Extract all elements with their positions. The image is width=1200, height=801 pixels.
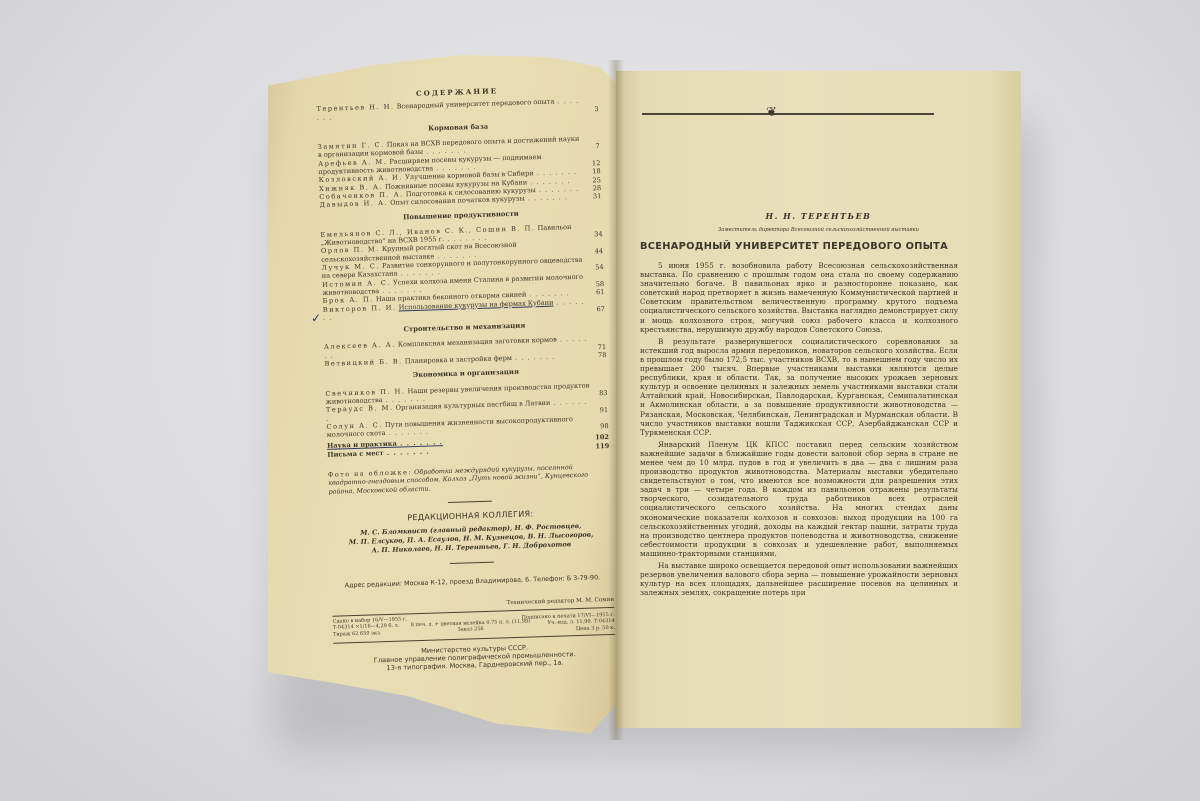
divider — [450, 562, 494, 564]
book-spine — [608, 60, 624, 740]
section-heading: Экономика и организация — [325, 365, 607, 382]
editorial-board-list: М. С. Бломквист (главный редактор), Н. Ф… — [330, 521, 613, 557]
right-page: ❦ Н. Н. ТЕРЕНТЬЕВ Заместитель директора … — [616, 71, 1021, 728]
divider — [448, 501, 492, 503]
header-ornament: ❦ — [642, 107, 934, 121]
section-heading: Повышение продуктивности — [320, 207, 602, 224]
article-author-role: Заместитель директора Всесоюзной сельско… — [616, 227, 1021, 233]
ornament-rule — [642, 113, 934, 115]
article-body: 5 июня 1955 г. возобновила работу Всесою… — [640, 261, 958, 600]
toc-entry: Терентьев Н. Н. Всенародный университет … — [316, 96, 598, 121]
toc-section-construction: Строительство и механизация Алексеев А. … — [323, 319, 606, 368]
flourish-icon: ❦ — [766, 105, 777, 120]
toc-section-productivity: Повышение продуктивности Емельянов С. Л.… — [320, 207, 605, 322]
article-author: Н. Н. ТЕРЕНТЬЕВ — [616, 211, 1021, 221]
table-of-contents: СОДЕРЖАНИЕ Терентьев Н. Н. Всенародный у… — [316, 84, 616, 674]
article-title: ВСЕНАРОДНЫЙ УНИВЕРСИТЕТ ПЕРЕДОВОГО ОПЫТА — [640, 241, 958, 252]
paragraph: В результате развернувшегося социалистич… — [640, 337, 958, 437]
toc-section-feed: Кормовая база Замятин Г. С. Показ на ВСХ… — [317, 119, 601, 209]
toc-section-economics: Экономика и организация Свечников П. Н. … — [325, 365, 609, 439]
paragraph: На выставке широко освещается передовой … — [640, 561, 958, 597]
paragraph: Январский Пленум ЦК КПСС поставил перед … — [640, 440, 958, 558]
publisher-info: Министерство культуры СССР. Главное упра… — [333, 641, 616, 674]
section-heading: Кормовая база — [317, 119, 599, 136]
print-imprint: Сдано в набор 16/V—1955 г. Т-04314 ×1/16… — [332, 607, 615, 644]
cover-photo-note: Фото на обложке: Обработка междурядий ку… — [328, 462, 611, 496]
editorial-address: Адрес редакции: Москва К-12, проезд Влад… — [331, 573, 613, 590]
paragraph: 5 июня 1955 г. возобновила работу Всесою… — [640, 261, 958, 334]
pen-checkmark-icon: ✓ — [311, 314, 321, 323]
section-heading: Строительство и механизация — [323, 319, 605, 336]
left-page: СОДЕРЖАНИЕ Терентьев Н. Н. Всенародный у… — [268, 55, 618, 737]
